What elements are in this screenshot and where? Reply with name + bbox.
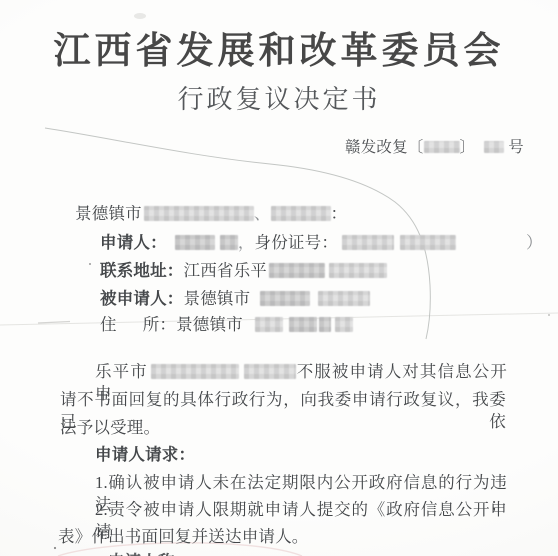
residence-value-prefix: 景德镇市 xyxy=(176,315,243,334)
redacted-applicant-name-2 xyxy=(220,235,238,250)
redacted-addressee-1 xyxy=(144,206,254,221)
redacted-id-number-2 xyxy=(400,235,456,250)
request-item-2: 2.责令被申请人限期就申请人提交的《政府信息公开申请 xyxy=(95,499,507,521)
case-paragraph-line-1: 乐平市不服被申请人对其信息公开申 xyxy=(95,361,507,383)
redacted-doc-year xyxy=(424,141,460,153)
salutation-colon: ： xyxy=(331,204,348,223)
redacted-doc-serial xyxy=(484,141,504,153)
redacted-address-2 xyxy=(329,263,387,278)
respondent-line: 被申请人：景德镇市 xyxy=(100,288,370,310)
residence-label-b: 所： xyxy=(143,315,176,334)
document-number-line: 赣发改复〔〕号 xyxy=(345,137,524,159)
applicant-label: 申请人： xyxy=(100,233,167,252)
redacted-residence-3 xyxy=(319,317,331,332)
respondent-value-prefix: 景德镇市 xyxy=(184,289,251,308)
case-line1-prefix: 乐平市 xyxy=(95,362,148,381)
doc-number-prefix: 赣发改复〔 xyxy=(345,139,424,156)
redacted-residence-4 xyxy=(335,317,353,332)
contact-address-value-prefix: 江西省乐平 xyxy=(184,261,268,280)
redacted-case-subject-2 xyxy=(244,364,296,379)
redacted-residence-2 xyxy=(289,317,317,332)
applicant-comma: ， xyxy=(238,233,255,252)
residence-label-a: 住 xyxy=(100,315,117,334)
redacted-case-subject-1 xyxy=(151,364,239,379)
applicant-line: 申请人：，身份证号：） xyxy=(100,232,543,254)
respondent-label: 被申请人： xyxy=(100,289,184,308)
issuing-org-title: 江西省发展和改革委员会 xyxy=(0,20,558,74)
doc-number-close-bracket: 〕 xyxy=(460,139,476,156)
case-paragraph-line-3: 法予以受理。 xyxy=(60,417,160,439)
case-paragraph-line-2: 请不书面回复的具体行政行为，向我委申请行政复议，我委已依 xyxy=(60,389,506,411)
redacted-respondent-1 xyxy=(260,291,310,306)
redacted-residence-1 xyxy=(255,317,283,332)
next-section-partial-text: 申请人称 xyxy=(108,548,175,556)
redacted-id-number-1 xyxy=(342,235,394,250)
request-item-1: 1.确认被申请人未在法定期限内公开政府信息的行为违法； xyxy=(95,472,507,494)
document-content: 江西省发展和改革委员会 行政复议决定书 赣发改复〔〕号 景德镇市、： 申请人：，… xyxy=(0,0,558,556)
salutation-city: 景德镇市 xyxy=(75,204,142,223)
redacted-addressee-2 xyxy=(271,206,331,221)
redacted-address-1 xyxy=(269,263,325,278)
salutation-separator: 、 xyxy=(254,204,271,223)
id-number-label: 身份证号： xyxy=(255,233,339,252)
redacted-applicant-name-1 xyxy=(175,235,215,250)
id-close-paren: ） xyxy=(526,233,543,252)
doc-number-suffix: 号 xyxy=(508,139,524,156)
salutation-line: 景德镇市、： xyxy=(75,203,347,225)
redacted-respondent-2 xyxy=(318,291,370,306)
request-item-2-continuation: 表》作出书面回复并送达申请人。 xyxy=(58,526,309,548)
contact-address-line: 联系地址：江西省乐平 xyxy=(100,260,387,282)
contact-address-label: 联系地址： xyxy=(100,261,184,280)
request-heading: 申请人请求： xyxy=(95,444,195,466)
scanned-document-page: 江西省发展和改革委员会 行政复议决定书 赣发改复〔〕号 景德镇市、： 申请人：，… xyxy=(0,0,558,556)
document-type-title: 行政复议决定书 xyxy=(0,79,558,116)
residence-line: 住所：景德镇市 xyxy=(100,314,353,336)
